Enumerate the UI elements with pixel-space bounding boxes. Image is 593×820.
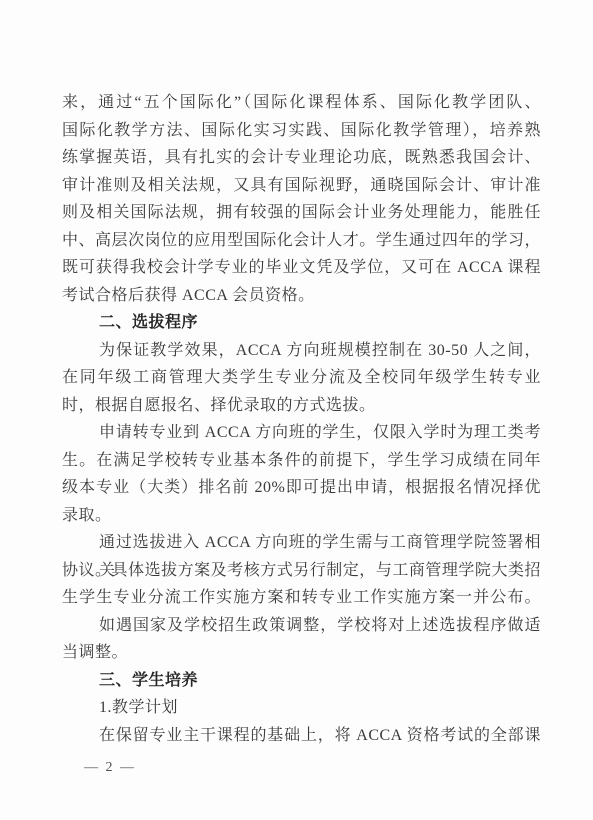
text-line: 如遇国家及学校招生政策调整，学校将对上述选拔程序做适 xyxy=(62,612,541,640)
text-line: 时，根据自愿报名、择优录取的方式选拔。 xyxy=(62,392,541,420)
text-line: 生。在满足学校转专业基本条件的前提下，学生学习成绩在同年 xyxy=(62,447,541,475)
text-line: 为保证教学效果，ACCA 方向班规模控制在 30-50 人之间， xyxy=(62,337,541,365)
text-line: 来，通过“五个国际化”（国际化课程体系、国际化教学团队、 xyxy=(62,89,541,117)
text-line: 考试合格后获得 ACCA 会员资格。 xyxy=(62,282,541,310)
page-number: — 2 — xyxy=(84,758,136,778)
text-line: 级本专业（大类）排名前 20%即可提出申请，根据报名情况择优 xyxy=(62,474,541,502)
text-line: 在同年级工商管理大类学生专业分流及全校同年级学生转专业 xyxy=(62,364,541,392)
text-line: 审计准则及相关法规，又具有国际视野，通晓国际会计、审计准 xyxy=(62,172,541,200)
text-line: 协议。具体选拔方案及考核方式另行制定，与工商管理学院大类招 xyxy=(62,557,541,585)
text-line: 生学生专业分流工作实施方案和转专业工作实施方案一并公布。 xyxy=(62,584,541,612)
text-line: 通过选拔进入 ACCA 方向班的学生需与工商管理学院签署相关 xyxy=(62,529,541,557)
text-line: 在保留专业主干课程的基础上，将 ACCA 资格考试的全部课 xyxy=(62,722,541,750)
text-line: 国际化教学方法、国际化实习实践、国际化教学管理），培养熟 xyxy=(62,117,541,145)
section-heading: 三、学生培养 xyxy=(62,667,541,695)
text-line: 则及相关国际法规，拥有较强的国际会计业务处理能力，能胜任 xyxy=(62,199,541,227)
section-heading: 二、选拔程序 xyxy=(62,309,541,337)
text-line: 当调整。 xyxy=(62,639,541,667)
document-body: 来，通过“五个国际化”（国际化课程体系、国际化教学团队、国际化教学方法、国际化实… xyxy=(62,89,541,749)
text-line: 中、高层次岗位的应用型国际化会计人才。学生通过四年的学习， xyxy=(62,227,541,255)
document-page: 来，通过“五个国际化”（国际化课程体系、国际化教学团队、国际化教学方法、国际化实… xyxy=(0,0,593,820)
text-line: 1.教学计划 xyxy=(62,694,541,722)
text-line: 练掌握英语，具有扎实的会计专业理论功底，既熟悉我国会计、 xyxy=(62,144,541,172)
text-line: 申请转专业到 ACCA 方向班的学生，仅限入学时为理工类考 xyxy=(62,419,541,447)
text-line: 既可获得我校会计学专业的毕业文凭及学位，又可在 ACCA 课程 xyxy=(62,254,541,282)
text-line: 录取。 xyxy=(62,502,541,530)
